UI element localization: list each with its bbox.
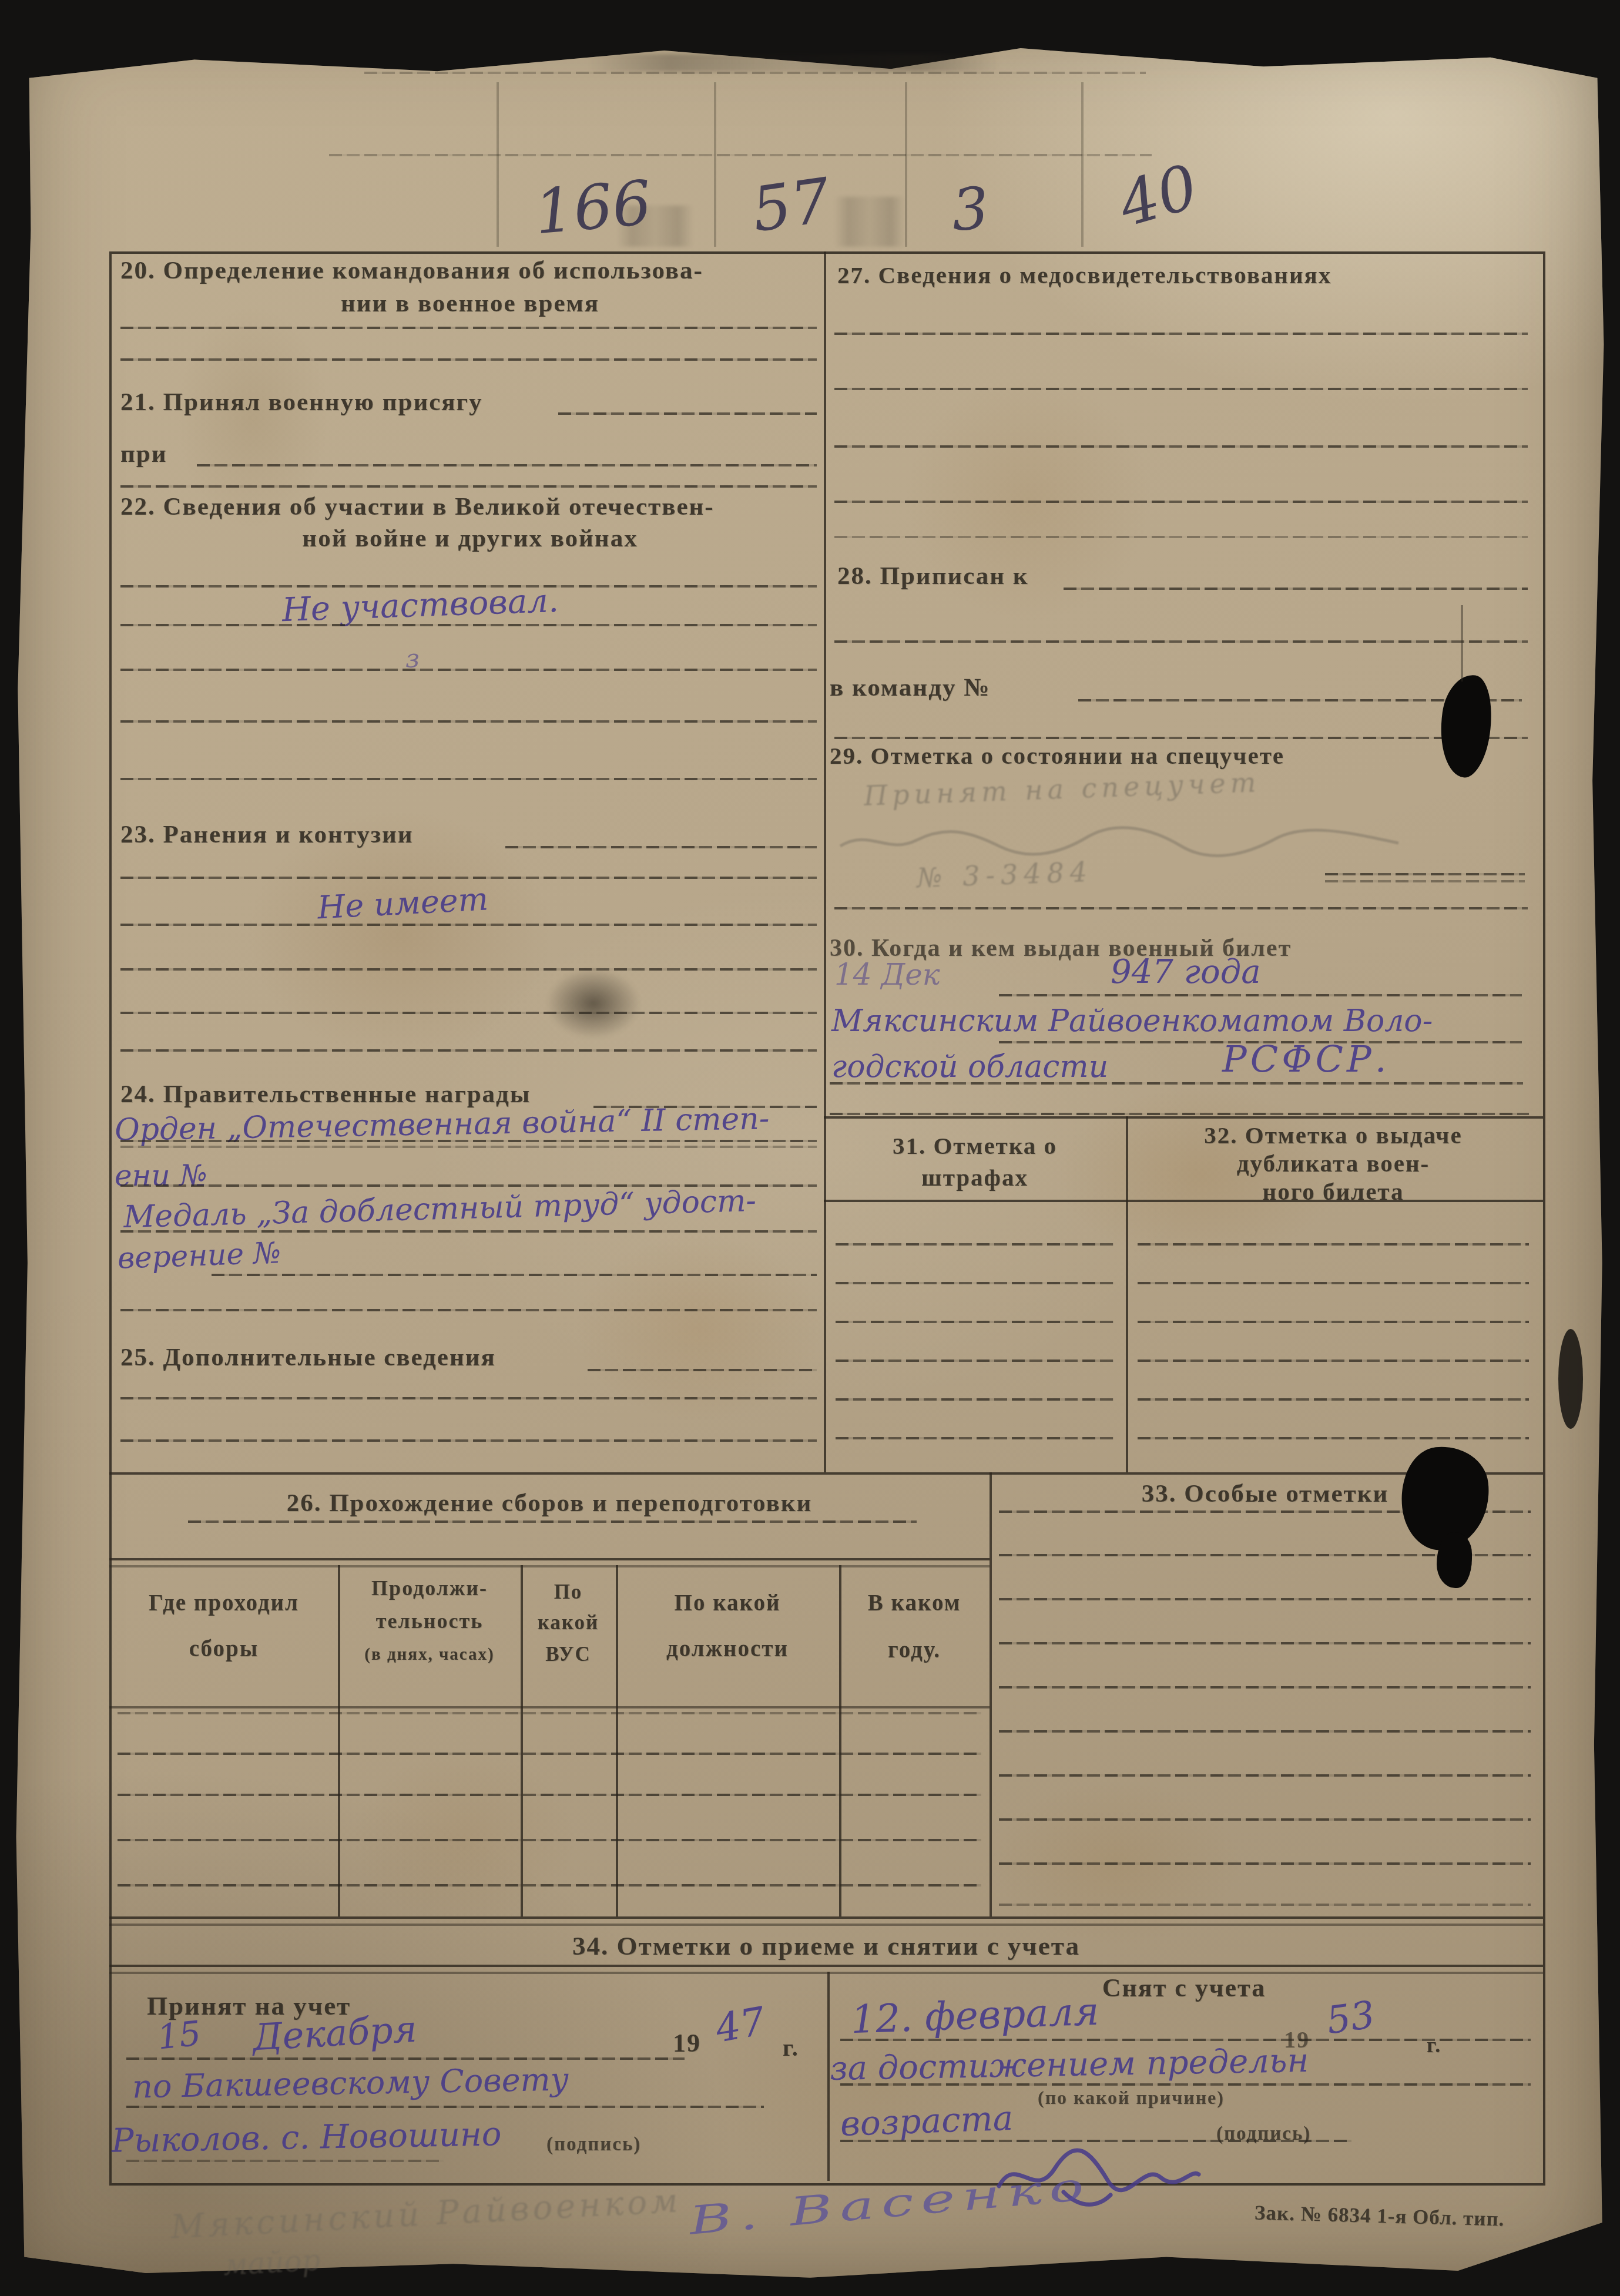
ruled-line <box>126 2160 444 2162</box>
section-20-title-line2: нии в военное время <box>120 289 820 318</box>
ruled-line <box>834 333 1528 335</box>
ruled-line <box>126 2057 685 2060</box>
col-header-where-line2: сборы <box>112 1636 336 1662</box>
ruled-line <box>836 1243 1114 1246</box>
registry-number-3: 3 <box>950 175 991 244</box>
ruled-line <box>118 1753 981 1755</box>
ruled-line <box>999 1904 1531 1906</box>
section-26-title: 26. Прохождение сборов и переподготовки <box>109 1489 990 1518</box>
ruled-line <box>120 1049 817 1052</box>
ruled-line <box>1138 1398 1529 1401</box>
register-authority-handwriting: по Бакшеевскому Совету <box>132 2061 569 2106</box>
ruled-line <box>120 624 817 626</box>
scanned-document-photo: 166 57 3 40 20. Определение командования… <box>0 0 1620 2296</box>
removal-date-handwriting: 12. февраля <box>850 1989 1100 2043</box>
paper-hole <box>1437 1532 1472 1588</box>
ruled-line <box>118 1712 981 1714</box>
col-header-vus-line3: ВУС <box>522 1643 614 1666</box>
signature-label-left: (подпись) <box>546 2134 641 2156</box>
ruled-line <box>834 501 1528 503</box>
ruled-line <box>999 1818 1531 1821</box>
registry-number-1: 166 <box>532 167 654 249</box>
section-30-issuer-line1: Мяксинским Райвоенкоматом Воло- <box>831 1003 1433 1039</box>
ruled-line <box>120 1439 817 1442</box>
ruled-line <box>836 1360 1114 1362</box>
section-29-title: 29. Отметка о состоянии на спецучете <box>830 741 1284 770</box>
section-23-title: 23. Ранения и контузии <box>120 820 414 849</box>
ruled-line <box>126 2106 764 2108</box>
section-30-year-handwriting: 947 года <box>1111 953 1261 991</box>
register-day-handwriting: 15 <box>156 2013 203 2057</box>
ruled-line <box>999 1774 1531 1777</box>
ruled-line <box>836 1398 1114 1401</box>
ruled-line <box>1325 880 1525 882</box>
register-place-handwriting: Рыколов. с. Новошино <box>111 2115 502 2160</box>
ruled-line <box>120 327 817 329</box>
section-32-title-line1: 32. Отметка о выдаче <box>1126 1121 1541 1149</box>
ruled-line <box>840 2039 1531 2041</box>
table-remnant-line <box>714 82 716 247</box>
ruled-line <box>999 994 1522 996</box>
ruled-line <box>836 1437 1114 1439</box>
ruled-line <box>1138 1282 1529 1284</box>
col-header-vus-line2: какой <box>522 1611 614 1634</box>
register-year-handwriting: 47 <box>712 1998 769 2051</box>
section-32-title-line3: ного билета <box>1126 1177 1541 1206</box>
removal-year-handwriting: 53 <box>1324 1993 1377 2043</box>
section-22-title-line2: ной войне и других войнах <box>120 524 820 553</box>
section-29-pencil-note-line2: № 3-3484 <box>916 856 1094 894</box>
ruled-line <box>120 968 817 971</box>
section-21-title: 21. Принял военную присягу <box>120 388 483 417</box>
column-divider <box>990 1472 992 1916</box>
ruled-line <box>558 412 817 415</box>
ruled-line <box>120 1309 817 1311</box>
section-20-title-line1: 20. Определение командования об использо… <box>120 256 703 285</box>
ruled-line <box>120 924 817 926</box>
ruled-line <box>120 669 817 671</box>
col-header-vus-line1: По <box>522 1580 614 1604</box>
ruled-line <box>120 1230 817 1233</box>
ruled-line <box>830 1082 1523 1085</box>
ruled-line <box>834 388 1528 390</box>
section-28-title: 28. Приписан к <box>837 562 1029 590</box>
col-header-position-line2: должности <box>618 1636 837 1662</box>
ruled-line <box>836 1282 1114 1284</box>
ruled-line <box>1138 1321 1529 1323</box>
ruled-line <box>834 737 1528 739</box>
table-remnant-line <box>497 82 499 247</box>
section-30-date-handwriting: 14 Дек <box>834 958 940 992</box>
section-31-title-line1: 31. Отметка о <box>824 1132 1126 1160</box>
section-28-komanda-label: в команду № <box>830 673 990 702</box>
printed-g: г. <box>783 2034 799 2062</box>
col-header-duration-line3: (в днях, часах) <box>340 1645 519 1664</box>
ruled-line <box>120 1012 817 1014</box>
ruled-line <box>999 1686 1531 1689</box>
section-24-award-line4: верение № <box>117 1236 281 1275</box>
section-30-issuer-line2: годской области <box>831 1049 1108 1085</box>
ink-blot <box>546 968 640 1039</box>
section-27-title: 27. Сведения о медосвидетельствованиях <box>837 261 1331 289</box>
printed-g: г. <box>1427 2033 1441 2057</box>
table-header-rule <box>109 1706 990 1708</box>
table-header-rule <box>109 1558 990 1560</box>
ruled-line <box>1138 1360 1529 1362</box>
printed-19: 19 <box>673 2028 701 2058</box>
column-divider <box>824 251 826 1472</box>
section-21-pri-label: при <box>120 439 167 468</box>
table-remnant-line <box>1081 82 1084 247</box>
section-22-title-line1: 22. Сведения об участии в Великой отечес… <box>120 492 715 521</box>
ruled-line <box>329 154 1152 156</box>
ruled-line <box>197 464 817 466</box>
row-divider <box>109 1924 1543 1926</box>
section-32-title-line2: дубликата воен- <box>1126 1149 1541 1177</box>
ruled-line <box>834 640 1528 643</box>
ruled-line <box>120 1397 817 1399</box>
ruled-line <box>120 877 817 879</box>
row-divider <box>109 1916 1543 1919</box>
section-24-award-line2: ени № <box>115 1159 207 1193</box>
ruled-line <box>834 536 1528 538</box>
ruled-line <box>999 1642 1531 1644</box>
registry-number-2: 57 <box>747 164 834 246</box>
ruled-line <box>840 2083 1531 2086</box>
ruled-line <box>1138 1243 1529 1246</box>
section-25-title: 25. Дополнительные сведения <box>120 1343 496 1372</box>
ruled-line <box>120 778 817 780</box>
ruled-line <box>1325 873 1525 875</box>
ruled-line <box>120 485 817 488</box>
row-divider <box>109 1965 1543 1967</box>
ruled-line <box>588 1369 817 1371</box>
section-31-title-line2: штрафах <box>824 1163 1126 1191</box>
row-divider <box>109 1472 1543 1475</box>
faded-text-smudge <box>588 54 999 72</box>
ruled-line <box>999 1862 1531 1865</box>
ruled-line <box>120 1140 817 1142</box>
ruled-line <box>212 1274 817 1276</box>
ruled-line <box>118 1839 981 1841</box>
faded-text-smudge <box>834 197 905 247</box>
col-header-duration-line1: Продолжи- <box>340 1576 519 1600</box>
ruled-line <box>364 72 1146 74</box>
ruled-line <box>120 720 817 723</box>
ruled-line <box>999 1598 1531 1600</box>
row-divider <box>824 1116 1543 1119</box>
ruled-line <box>118 1794 981 1796</box>
ruled-line <box>836 1321 1114 1323</box>
col-header-year-line2: году. <box>841 1637 988 1663</box>
ruled-line <box>188 1520 917 1523</box>
col-header-duration-line2: тельность <box>340 1609 519 1633</box>
col-header-year-line1: В каком <box>841 1590 988 1616</box>
section-24-title: 24. Правительственные награды <box>120 1080 531 1109</box>
pencil-scribble <box>834 823 1410 858</box>
ruled-line <box>1064 588 1528 590</box>
col-header-position-line1: По какой <box>618 1590 837 1616</box>
ruled-line <box>834 907 1528 909</box>
reason-label: (по какой причине) <box>999 2087 1263 2109</box>
ruled-line <box>830 1113 1529 1115</box>
section-30-rsfsr-handwriting: РСФСР. <box>1222 1038 1390 1080</box>
col-header-where-line1: Где проходил <box>112 1590 336 1616</box>
register-month-handwriting: Декабря <box>251 2008 418 2059</box>
section-34-title: 34. Отметки о приеме и снятии с учета <box>109 1931 1543 1961</box>
table-column-divider <box>839 1565 841 1916</box>
ruled-line <box>120 358 817 361</box>
ruled-line <box>118 1884 981 1887</box>
paper-crack <box>1461 605 1463 682</box>
table-column-divider <box>616 1565 618 1916</box>
ruled-line <box>120 1146 817 1148</box>
ruled-line <box>1138 1437 1529 1439</box>
ruled-line <box>505 846 817 848</box>
footer-pencil-note-line2: майор <box>223 2243 321 2282</box>
table-header-rule <box>109 1565 990 1567</box>
removal-reason-line2: возраста <box>840 2098 1014 2144</box>
paper-edge-tear <box>1558 1329 1583 1429</box>
ruled-line <box>834 445 1528 448</box>
table-remnant-line <box>905 82 907 247</box>
ruled-line <box>999 1730 1531 1733</box>
